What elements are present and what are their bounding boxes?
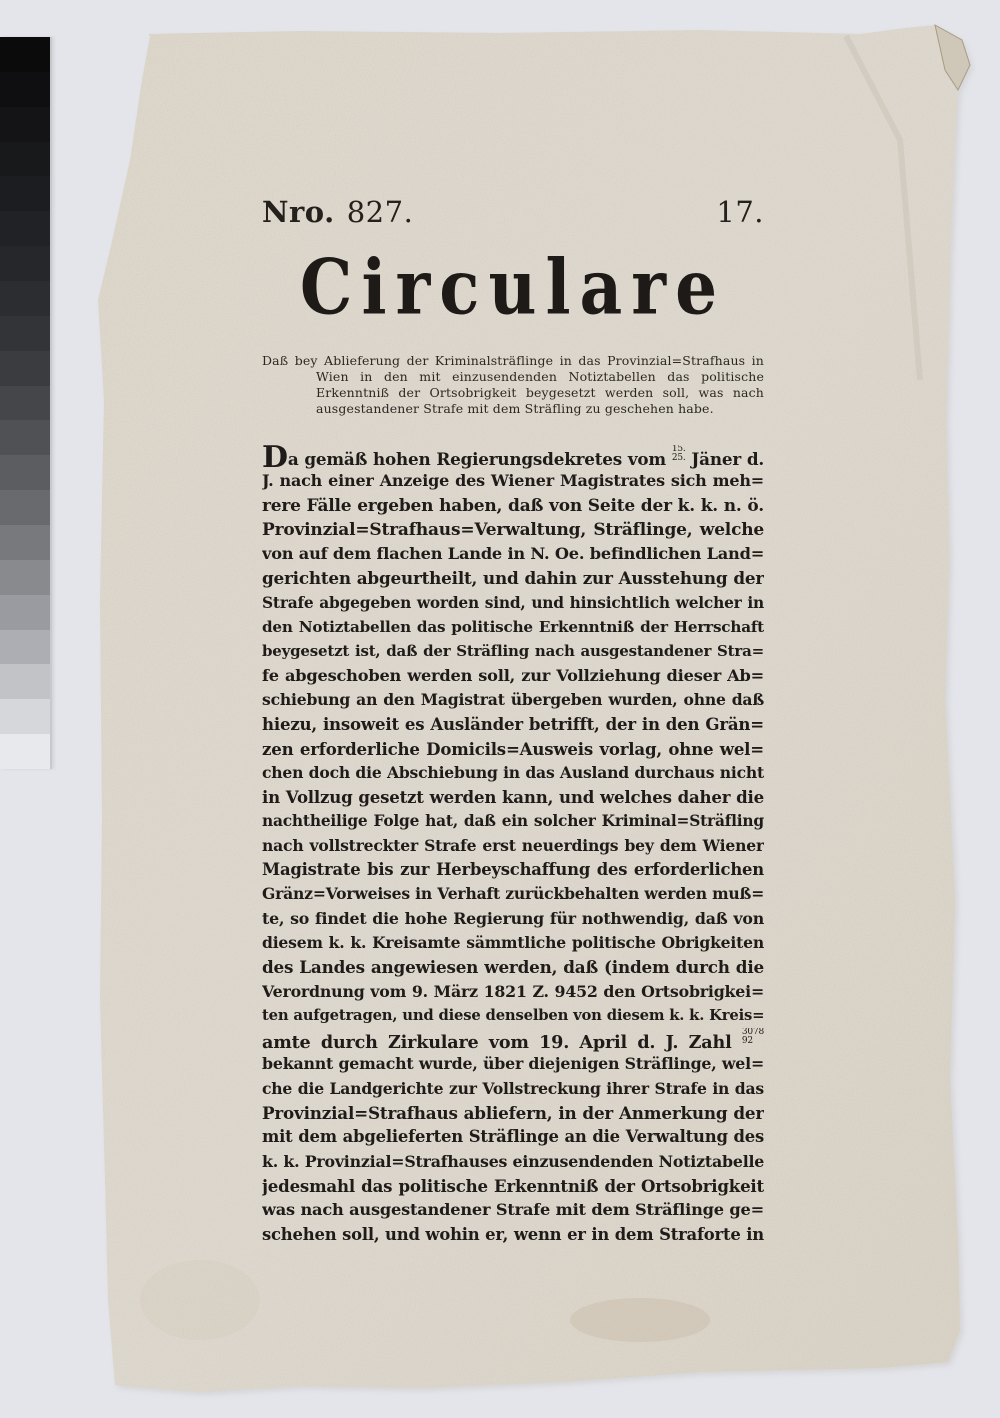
body-line: J. nach einer Anzeige des Wiener Magistr… bbox=[262, 469, 764, 493]
body-line: fe abgeschoben werden soll, zur Vollzieh… bbox=[262, 664, 764, 688]
body-line: Provinzial=Strafhaus abliefern, in der A… bbox=[262, 1101, 764, 1125]
body-line: amte durch Zirkulare vom 19. April d. J.… bbox=[262, 1028, 764, 1052]
document-header: Nro.827. 17. bbox=[262, 195, 764, 235]
body-line: Magistrate bis zur Herbeyschaffung des e… bbox=[262, 858, 764, 882]
body-line: schiebung an den Magistrat übergeben wur… bbox=[262, 688, 764, 712]
document-summary: Daß bey Ablieferung der Kriminalsträflin… bbox=[262, 353, 764, 417]
body-line: den Notiztabellen das politische Erkennt… bbox=[262, 615, 764, 639]
body-line: schehen soll, und wohin er, wenn er in d… bbox=[262, 1223, 764, 1247]
document-text: Nro.827. 17. Circulare Daß bey Ablieferu… bbox=[262, 195, 764, 1247]
body-line: hiezu, insoweit es Ausländer betrifft, d… bbox=[262, 712, 764, 736]
body-line: zen erforderliche Domicils=Ausweis vorla… bbox=[262, 737, 764, 761]
body-line: des Landes angewiesen werden, daß (indem… bbox=[262, 955, 764, 979]
body-line: Strafe abgegeben worden sind, und hinsic… bbox=[262, 591, 764, 615]
number-label: Nro. bbox=[262, 195, 335, 229]
body-line: bekannt gemacht wurde, über diejenigen S… bbox=[262, 1052, 764, 1076]
body-line: von auf dem flachen Lande in N. Oe. befi… bbox=[262, 542, 764, 566]
drop-cap: D bbox=[262, 445, 288, 469]
body-line: diesem k. k. Kreisamte sämmtliche politi… bbox=[262, 931, 764, 955]
body-line: k. k. Provinzial=Strafhauses einzusenden… bbox=[262, 1150, 764, 1174]
page-number: 17. bbox=[716, 195, 764, 229]
summary-text: Daß bey Ablieferung der Kriminalsträflin… bbox=[262, 353, 764, 417]
body-line: Provinzial=Strafhaus=Verwaltung, Sträfli… bbox=[262, 518, 764, 542]
body-line: rere Fälle ergeben haben, daß von Seite … bbox=[262, 494, 764, 518]
body-line: Da gemäß hohen Regierungsdekretes vom 15… bbox=[262, 445, 764, 469]
body-line: Gränz=Vorweises in Verhaft zurückbehalte… bbox=[262, 882, 764, 906]
body-line: nachtheilige Folge hat, daß ein solcher … bbox=[262, 809, 764, 833]
body-line: beygesetzt ist, daß der Sträfling nach a… bbox=[262, 639, 764, 663]
number-value: 827. bbox=[347, 195, 414, 229]
fraction: 15.25. bbox=[672, 445, 686, 463]
body-line: Verordnung vom 9. März 1821 Z. 9452 den … bbox=[262, 980, 764, 1004]
body-line: jedesmahl das politische Erkenntniß der … bbox=[262, 1174, 764, 1198]
document-title: Circulare bbox=[262, 249, 764, 325]
body-line: was nach ausgestandener Strafe mit dem S… bbox=[262, 1198, 764, 1222]
document-body: Da gemäß hohen Regierungsdekretes vom 15… bbox=[262, 445, 764, 1247]
body-line: te, so findet die hohe Regierung für not… bbox=[262, 907, 764, 931]
body-line: che die Landgerichte zur Vollstreckung i… bbox=[262, 1077, 764, 1101]
body-line: chen doch die Abschiebung in das Ausland… bbox=[262, 761, 764, 785]
body-line: nach vollstreckter Strafe erst neuerding… bbox=[262, 834, 764, 858]
body-line: ten aufgetragen, und diese denselben von… bbox=[262, 1004, 764, 1028]
body-line: in Vollzug gesetzt werden kann, und welc… bbox=[262, 785, 764, 809]
fraction: 307892 bbox=[742, 1028, 764, 1046]
body-line: mit dem abgelieferten Sträflinge an die … bbox=[262, 1125, 764, 1149]
body-line: gerichten abgeurtheilt, und dahin zur Au… bbox=[262, 566, 764, 590]
